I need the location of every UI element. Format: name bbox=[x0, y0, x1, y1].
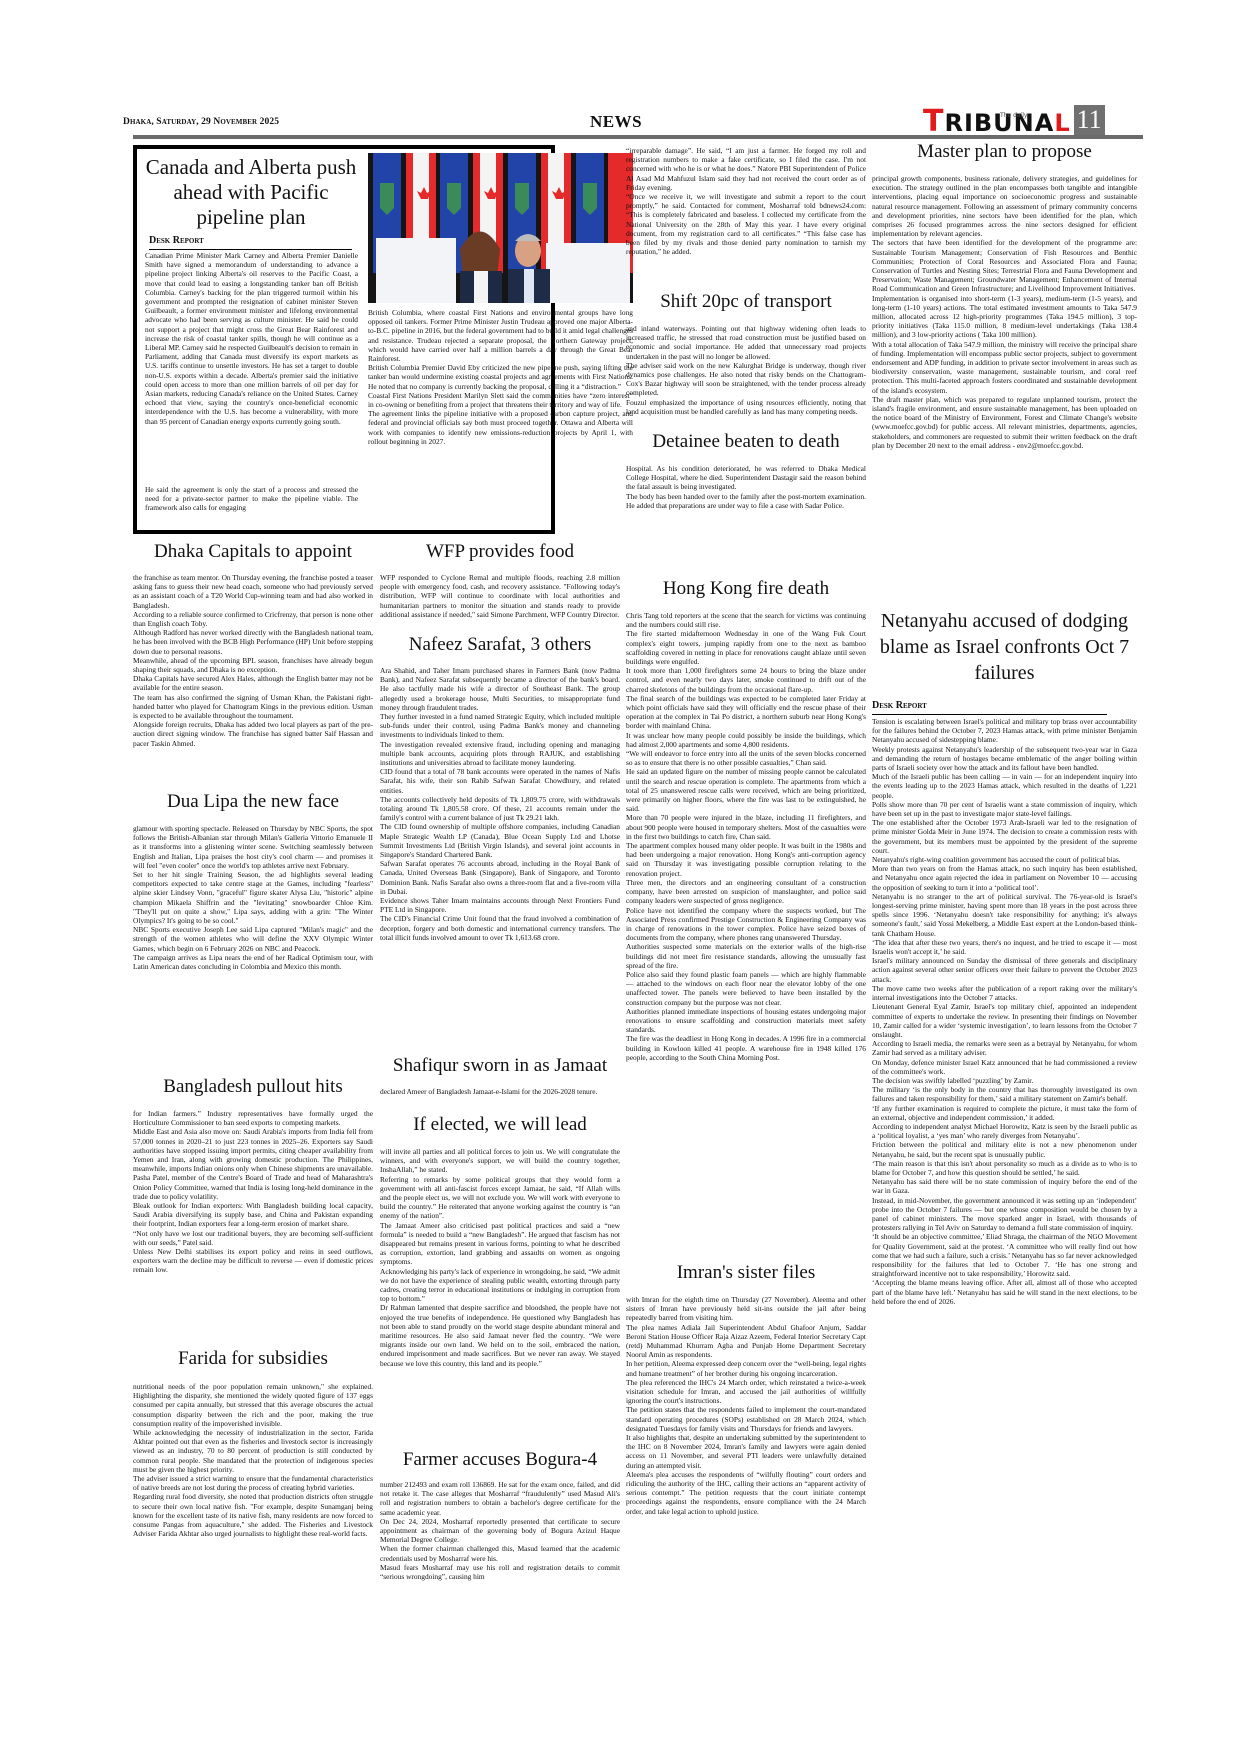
article-paragraph: The body has been handed over to the fam… bbox=[626, 492, 866, 510]
article-paragraph: The move came two weeks after the public… bbox=[872, 984, 1137, 1002]
article-paragraph: Much of the Israeli public has been call… bbox=[872, 772, 1137, 800]
article-paragraph: ‘If any further examination is required … bbox=[872, 1104, 1137, 1122]
article-paragraph: for Indian farmers.” Industry representa… bbox=[133, 1109, 373, 1127]
article-paragraph: Meanwhile, ahead of the upcoming BPL sea… bbox=[133, 656, 373, 674]
article-paragraph: WFP responded to Cyclone Remal and multi… bbox=[380, 573, 620, 619]
article-paragraph: Netanyahu has said there will be no stat… bbox=[872, 1177, 1137, 1195]
page-folio: Dhaka, Saturday, 29 November 2025 bbox=[123, 117, 279, 127]
lead-headline: Canada and Alberta push ahead with Pacif… bbox=[145, 155, 357, 230]
netanyahu-body: Tension is escalating between Israel's p… bbox=[872, 717, 1137, 1306]
article-paragraph: Middle East and Asia also move on: Saudi… bbox=[133, 1127, 373, 1201]
nafeez-body: Ara Shahid, and Taher Imam purchased sha… bbox=[380, 666, 620, 942]
wfp-headline: WFP provides food bbox=[380, 541, 620, 563]
article-paragraph: and inland waterways. Pointing out that … bbox=[626, 324, 866, 361]
farida-headline: Farida for subsidies bbox=[133, 1348, 373, 1370]
masterplan-headline: Master plan to propose bbox=[872, 141, 1137, 163]
imran-body: with Imran for the eighth time on Thursd… bbox=[626, 1295, 866, 1516]
article-paragraph: ‘Accepting the blame means leaving offic… bbox=[872, 1278, 1137, 1306]
article-paragraph: The one established after the October 19… bbox=[872, 818, 1137, 855]
article-paragraph: “irreparable damage”. He said, “I am jus… bbox=[626, 146, 866, 192]
tribune-logo: The daily TRIBUNAL bbox=[923, 110, 1071, 135]
netanyahu-headline: Netanyahu accused of dodging blame as Is… bbox=[872, 608, 1137, 686]
article-paragraph: Hospital. As his condition deteriorated,… bbox=[626, 464, 866, 492]
lead-photo bbox=[368, 153, 633, 303]
article-paragraph: Set to her hit single Training Season, t… bbox=[133, 870, 373, 925]
hongkong-headline: Hong Kong fire death bbox=[626, 578, 866, 600]
if-elected-body: will invite all parties and all politica… bbox=[380, 1147, 620, 1368]
flags-photo-icon bbox=[368, 153, 633, 303]
article-paragraph: More than 70 people were injured in the … bbox=[626, 813, 866, 841]
dua-lipa-body: glamour with sporting spectacle. Release… bbox=[133, 824, 373, 971]
article-paragraph: Authorities suspected some materials on … bbox=[626, 942, 866, 970]
article-paragraph: Aleema's plea accuses the respondents of… bbox=[626, 1470, 866, 1516]
article-paragraph: It took more than 1,000 firefighters som… bbox=[626, 666, 866, 694]
article-paragraph: Chris Tang told reporters at the scene t… bbox=[626, 611, 866, 629]
article-paragraph: Implementation is organised into short-t… bbox=[872, 294, 1137, 340]
article-paragraph: More than two years on from the Hamas at… bbox=[872, 864, 1137, 892]
article-paragraph: Tension is escalating between Israel's p… bbox=[872, 717, 1137, 745]
article-paragraph: Three men, the directors and an engineer… bbox=[626, 878, 866, 906]
article-paragraph: While acknowledging the necessity of ind… bbox=[133, 1428, 373, 1474]
article-paragraph: with Imran for the eighth time on Thursd… bbox=[626, 1295, 866, 1323]
article-paragraph: “Not only have we lost our traditional b… bbox=[133, 1229, 373, 1247]
lead-paragraph: Coastal First Nations President Marilyn … bbox=[368, 391, 633, 409]
article-paragraph: The investigation revealed extensive fra… bbox=[380, 740, 620, 768]
dua-lipa-headline: Dua Lipa the new face bbox=[133, 791, 373, 813]
article-paragraph: With a total allocation of Taka 547.9 mi… bbox=[872, 340, 1137, 395]
masterplan-body: principal growth components, business ra… bbox=[872, 174, 1137, 450]
article-paragraph: The adviser issued a strict warning to e… bbox=[133, 1474, 373, 1492]
article-paragraph: Fouzul emphasized the importance of usin… bbox=[626, 398, 866, 416]
article-paragraph: In her petition, Aleema expressed deep c… bbox=[626, 1359, 866, 1377]
article-paragraph: The adviser said work on the new Kalurgh… bbox=[626, 361, 866, 398]
transport-headline: Shift 20pc of transport bbox=[626, 291, 866, 313]
article-paragraph: The fire was the deadliest in Hong Kong … bbox=[626, 1034, 866, 1062]
nafeez-headline: Nafeez Sarafat, 3 others bbox=[380, 634, 620, 656]
lead-body-col2: British Columbia, where coastal First Na… bbox=[368, 308, 633, 446]
lead-story-box: Canada and Alberta push ahead with Pacif… bbox=[133, 145, 555, 534]
article-paragraph: Regarding rural food diversity, she note… bbox=[133, 1492, 373, 1538]
article-paragraph: ‘It should be an objective committee,’ E… bbox=[872, 1232, 1137, 1278]
wfp-body: WFP responded to Cyclone Remal and multi… bbox=[380, 573, 620, 619]
article-paragraph: “Once we receive it, we will investigate… bbox=[626, 192, 866, 256]
lead-body-col1-top: Canadian Prime Minister Mark Carney and … bbox=[145, 251, 358, 426]
article-paragraph: Masud fears Mosharraf may use his roll a… bbox=[380, 1563, 620, 1581]
article-paragraph: The plea referenced the IHC's 24 March o… bbox=[626, 1378, 866, 1406]
article-paragraph: Dr Rahman lamented that despite sacrific… bbox=[380, 1303, 620, 1367]
article-paragraph: Unless New Delhi stabilises its export p… bbox=[133, 1247, 373, 1275]
article-paragraph: The fire started midafternoon Wednesday … bbox=[626, 629, 866, 666]
article-paragraph: On Monday, defence minister Israel Katz … bbox=[872, 1058, 1137, 1076]
article-paragraph: The team has also confirmed the signing … bbox=[133, 693, 373, 721]
article-paragraph: CID found that a total of 78 bank accoun… bbox=[380, 767, 620, 795]
article-paragraph: Weekly protests against Netanyahu's lead… bbox=[872, 745, 1137, 773]
pullout-body: for Indian farmers.” Industry representa… bbox=[133, 1109, 373, 1275]
article-paragraph: the franchise as team mentor. On Thursda… bbox=[133, 573, 373, 610]
article-paragraph: When the former chairman challenged this… bbox=[380, 1544, 620, 1562]
shafiqur-headline: Shafiqur sworn in as Jamaat bbox=[380, 1055, 620, 1077]
article-paragraph: The Jamaat Ameer also criticised past po… bbox=[380, 1221, 620, 1267]
article-paragraph: The final search of the buildings was ex… bbox=[626, 694, 866, 731]
farida-body: nutritional needs of the poor population… bbox=[133, 1382, 373, 1538]
article-paragraph: will invite all parties and all politica… bbox=[380, 1147, 620, 1175]
article-paragraph: The decision was swiftly labelled ‘puzzl… bbox=[872, 1076, 1137, 1085]
article-paragraph: On Dec 24, 2024, Mosharraf reportedly pr… bbox=[380, 1517, 620, 1545]
article-paragraph: The petition states that the respondents… bbox=[626, 1405, 866, 1433]
article-paragraph: Ara Shahid, and Taher Imam purchased sha… bbox=[380, 666, 620, 712]
lead-paragraph: He said the agreement is only the start … bbox=[145, 485, 358, 513]
article-paragraph: Netanyahu is no stranger to the art of p… bbox=[872, 892, 1137, 938]
article-paragraph: Safwan Sarafat operates 76 accounts abro… bbox=[380, 859, 620, 896]
article-paragraph: According to independent analyst Michael… bbox=[872, 1122, 1137, 1140]
farmer-continuation: “irreparable damage”. He said, “I am jus… bbox=[626, 146, 866, 256]
lead-body-col1-bottom: He said the agreement is only the start … bbox=[145, 485, 358, 513]
hongkong-body: Chris Tang told reporters at the scene t… bbox=[626, 611, 866, 1062]
article-paragraph: Police have not identified the company w… bbox=[626, 906, 866, 943]
lead-paragraph: British Columbia, where coastal First Na… bbox=[368, 308, 633, 363]
article-paragraph: The campaign arrives as Lipa nears the e… bbox=[133, 953, 373, 971]
dhaka-capitals-body: the franchise as team mentor. On Thursda… bbox=[133, 573, 373, 748]
article-paragraph: Although Radford has never worked direct… bbox=[133, 628, 373, 656]
logo-tagline: The daily bbox=[1000, 104, 1027, 128]
article-paragraph: Evidence shows Taher Imam maintains acco… bbox=[380, 896, 620, 914]
article-paragraph: glamour with sporting spectacle. Release… bbox=[133, 824, 373, 870]
article-paragraph: Lieutenant General Eyal Zamir, Israel's … bbox=[872, 1002, 1137, 1039]
article-paragraph: The apartment complex housed many older … bbox=[626, 841, 866, 878]
article-paragraph: They further invested in a fund named St… bbox=[380, 712, 620, 740]
article-paragraph: The military ‘is the only body in the co… bbox=[872, 1085, 1137, 1103]
logo-first-letter: T bbox=[923, 104, 944, 139]
masthead-logo: The daily TRIBUNAL 11 bbox=[923, 103, 1105, 135]
article-paragraph: According to Israeli media, the remarks … bbox=[872, 1039, 1137, 1057]
lead-paragraph: Canadian Prime Minister Mark Carney and … bbox=[145, 251, 358, 426]
article-paragraph: NBC Sports executive Joseph Lee said Lip… bbox=[133, 925, 373, 953]
article-paragraph: It also highlights that, despite an unde… bbox=[626, 1433, 866, 1470]
article-paragraph: number 212493 and exam roll 136869. He s… bbox=[380, 1480, 620, 1517]
article-paragraph: The CID's Financial Crime Unit found tha… bbox=[380, 914, 620, 942]
article-paragraph: ‘The idea that after these two years, th… bbox=[872, 938, 1137, 956]
article-paragraph: Bleak outlook for Indian exporters: With… bbox=[133, 1201, 373, 1229]
article-paragraph: The draft master plan, which was prepare… bbox=[872, 395, 1137, 450]
article-paragraph: Police also said they found plastic foam… bbox=[626, 970, 866, 1007]
article-paragraph: He said an updated figure on the number … bbox=[626, 767, 866, 813]
article-paragraph: The sectors that have been identified fo… bbox=[872, 238, 1137, 293]
article-paragraph: principal growth components, business ra… bbox=[872, 174, 1137, 238]
article-paragraph: Dhaka Capitals have secured Alex Hales, … bbox=[133, 674, 373, 692]
shafiqur-body: declared Ameer of Bangladesh Jamaat-e-Is… bbox=[380, 1087, 620, 1096]
page-number: 11 bbox=[1074, 105, 1105, 135]
article-paragraph: The plea names Adiala Jail Superintenden… bbox=[626, 1323, 866, 1360]
dhaka-capitals-headline: Dhaka Capitals to appoint bbox=[133, 541, 373, 563]
detainee-body: Hospital. As his condition deteriorated,… bbox=[626, 464, 866, 510]
detainee-headline: Detainee beaten to death bbox=[626, 431, 866, 453]
pullout-headline: Bangladesh pullout hits bbox=[133, 1076, 373, 1098]
farmer-headline: Farmer accuses Bogura-4 bbox=[380, 1449, 620, 1471]
lead-paragraph: The agreement links the pipeline initiat… bbox=[368, 409, 633, 446]
article-paragraph: Alongside foreign recruits, Dhaka has ad… bbox=[133, 720, 373, 748]
section-title: NEWS bbox=[590, 112, 642, 132]
article-paragraph: nutritional needs of the poor population… bbox=[133, 1382, 373, 1428]
article-paragraph: Acknowledging his party's lack of experi… bbox=[380, 1267, 620, 1304]
lead-byline: Desk Report bbox=[149, 235, 352, 250]
article-paragraph: declared Ameer of Bangladesh Jamaat-e-Is… bbox=[380, 1087, 620, 1096]
article-paragraph: ‘The main reason is that this isn't abou… bbox=[872, 1159, 1137, 1177]
article-paragraph: It was unclear how many people could pos… bbox=[626, 731, 866, 749]
article-paragraph: Referring to remarks by some political g… bbox=[380, 1175, 620, 1221]
transport-body: and inland waterways. Pointing out that … bbox=[626, 324, 866, 416]
logo-last-letter: L bbox=[1054, 109, 1070, 137]
header-rule bbox=[133, 135, 1143, 139]
if-elected-headline: If elected, we will lead bbox=[380, 1114, 620, 1136]
article-paragraph: Israel's military announced on Sunday th… bbox=[872, 956, 1137, 984]
article-paragraph: Polls show more than 70 per cent of Isra… bbox=[872, 800, 1137, 818]
article-paragraph: Instead, in mid-November, the government… bbox=[872, 1196, 1137, 1233]
article-paragraph: The accounts collectively held deposits … bbox=[380, 795, 620, 823]
article-paragraph: Friction between the political and milit… bbox=[872, 1140, 1137, 1158]
article-paragraph: Authorities planned immediate inspection… bbox=[626, 1007, 866, 1035]
netanyahu-byline: Desk Report bbox=[872, 700, 1107, 715]
lead-paragraph: British Columbia Premier David Eby criti… bbox=[368, 363, 633, 391]
article-paragraph: The CID found ownership of multiple offs… bbox=[380, 822, 620, 859]
article-paragraph: “We will endeavor to force entry into al… bbox=[626, 749, 866, 767]
article-paragraph: Netanyahu's right-wing coalition governm… bbox=[872, 855, 1137, 864]
farmer-body: number 212493 and exam roll 136869. He s… bbox=[380, 1480, 620, 1581]
article-paragraph: According to a reliable source confirmed… bbox=[133, 610, 373, 628]
imran-headline: Imran's sister files bbox=[626, 1262, 866, 1284]
